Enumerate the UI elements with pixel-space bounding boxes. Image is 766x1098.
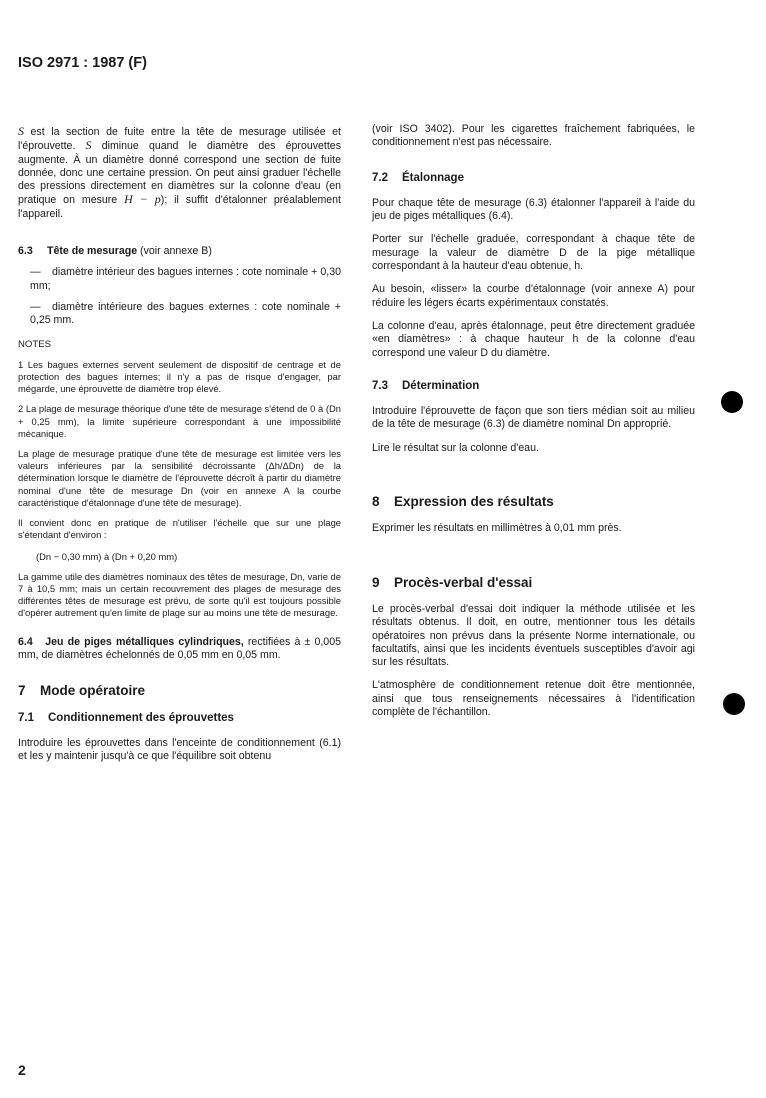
note-2: 2 La plage de mesurage théorique d'une t… (18, 403, 341, 440)
paragraph: Le procès-verbal d'essai doit indiquer l… (372, 603, 695, 669)
section-7-3-heading: 7.3Détermination (372, 380, 695, 393)
note-5: La gamme utile des diamètres nominaux de… (18, 571, 341, 620)
section-title: Jeu de piges métalliques cylindriques, (45, 636, 244, 648)
paragraph: Exprimer les résultats en millimètres à … (372, 522, 695, 535)
formula: H − p (124, 192, 161, 206)
list-item: —diamètre intérieur des bagues internes … (18, 266, 341, 293)
list-item: —diamètre intérieure des bagues externes… (18, 301, 341, 328)
section-7-1-heading: 7.1Conditionnement des éprouvettes (18, 712, 341, 725)
section-title: Procès-verbal d'essai (394, 575, 532, 590)
paragraph: La colonne d'eau, après étalonnage, peut… (372, 320, 695, 360)
range-formula: (Dn − 0,30 mm) à (Dn + 0,20 mm) (36, 550, 341, 563)
section-number: 7.2 (372, 172, 402, 185)
intro-paragraph: S est la section de fuite entre la tête … (18, 125, 341, 221)
section-7-2-heading: 7.2Étalonnage (372, 172, 695, 185)
continuation-paragraph: (voir ISO 3402). Pour les cigarettes fra… (372, 123, 695, 150)
section-6-3-heading: 6.3Tête de mesurage (voir annexe B) (18, 245, 341, 258)
section-title: Détermination (402, 380, 479, 392)
section-number: 8 (372, 495, 394, 508)
section-7-1-text: Introduire les éprouvettes dans l'encein… (18, 737, 341, 764)
note-3: La plage de mesurage pratique d'une tête… (18, 448, 341, 509)
section-number: 6.4 (18, 636, 33, 648)
section-8-heading: 8Expression des résultats (372, 495, 695, 508)
section-9-heading: 9Procès-verbal d'essai (372, 576, 695, 589)
paragraph: L'atmosphère de conditionnement retenue … (372, 679, 695, 719)
section-number: 9 (372, 576, 394, 589)
right-column: (voir ISO 3402). Pour les cigarettes fra… (372, 123, 695, 729)
section-title: Tête de mesurage (47, 245, 137, 257)
section-ref: (voir annexe B) (137, 245, 212, 257)
section-number: 6.3 (18, 245, 47, 258)
left-column: S est la section de fuite entre la tête … (18, 125, 341, 773)
punch-hole-mark (721, 391, 743, 413)
note-1: 1 Les bagues externes servent seulement … (18, 359, 341, 396)
paragraph: Pour chaque tête de mesurage (6.3) étalo… (372, 197, 695, 224)
section-title: Étalonnage (402, 172, 464, 184)
section-6-4: 6.4 Jeu de piges métalliques cylindrique… (18, 636, 341, 663)
paragraph: Lire le résultat sur la colonne d'eau. (372, 442, 695, 455)
section-number: 7.1 (18, 712, 48, 725)
section-title: Mode opératoire (40, 683, 145, 698)
document-header: ISO 2971 : 1987 (F) (18, 55, 147, 71)
note-4: Il convient donc en pratique de n'utilis… (18, 517, 341, 541)
notes-title: NOTES (18, 338, 341, 351)
section-number: 7 (18, 684, 40, 697)
page-number: 2 (18, 1062, 26, 1078)
section-title: Expression des résultats (394, 494, 554, 509)
section-7-heading: 7Mode opératoire (18, 684, 341, 697)
list-item-text: diamètre intérieur des bagues internes :… (30, 266, 341, 291)
list-item-text: diamètre intérieure des bagues externes … (30, 301, 341, 326)
section-title: Conditionnement des éprouvettes (48, 712, 234, 724)
paragraph: Porter sur l'échelle graduée, correspond… (372, 233, 695, 273)
punch-hole-mark (723, 693, 745, 715)
section-number: 7.3 (372, 380, 402, 393)
paragraph: Au besoin, «lisser» la courbe d'étalonna… (372, 283, 695, 310)
paragraph: Introduire l'éprouvette de façon que son… (372, 405, 695, 432)
